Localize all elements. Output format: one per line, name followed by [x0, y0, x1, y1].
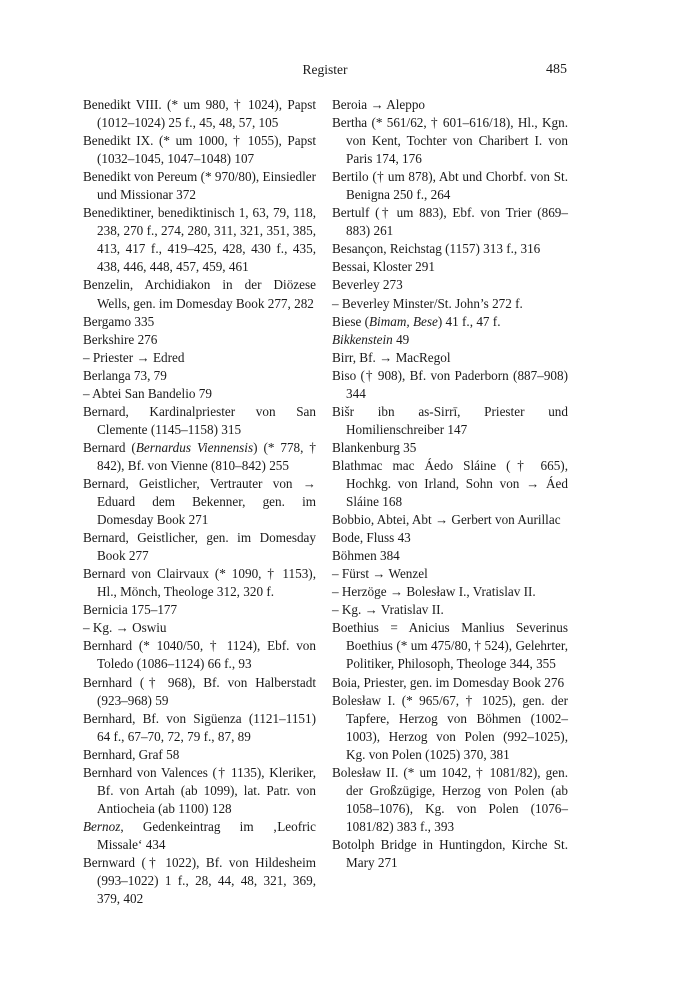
index-entry: Besançon, Reichstag (1157) 313 f., 316 [332, 240, 568, 258]
index-entry: Benzelin, Archidiakon in der Diözese Wel… [83, 276, 316, 312]
index-entry: Benedikt VIII. (* um 980, † 1024), Papst… [83, 96, 316, 132]
index-entry: Biese (Bimam, Bese) 41 f., 47 f. [332, 313, 568, 331]
index-entry: Beroia → Aleppo [332, 96, 568, 114]
index-column-left: Benedikt VIII. (* um 980, † 1024), Papst… [83, 96, 316, 908]
index-entry: Blathmac mac Áedo Sláine († 665), Hochkg… [332, 457, 568, 511]
index-entry: Blankenburg 35 [332, 439, 568, 457]
index-entry: Bernard (Bernardus Viennensis) (* 778, †… [83, 439, 316, 475]
running-header: Register 485 [83, 62, 567, 82]
index-entry: Botolph Bridge in Huntingdon, Kirche St.… [332, 836, 568, 872]
index-entry: Berkshire 276 [83, 331, 316, 349]
index-entry: Bessai, Kloster 291 [332, 258, 568, 276]
page-number: 485 [546, 62, 567, 78]
index-entry: Bernhard (* 1040/50, † 1124), Ebf. von T… [83, 637, 316, 673]
index-entry: – Fürst → Wenzel [332, 565, 568, 583]
index-entry: Bernicia 175–177 [83, 601, 316, 619]
index-entry: Bolesław II. (* um 1042, † 1081/82), gen… [332, 764, 568, 836]
index-entry: Bernhard, Graf 58 [83, 746, 316, 764]
index-entry: Bernhard, Bf. von Sigüenza (1121–1151) 6… [83, 710, 316, 746]
index-entry: – Abtei San Bandelio 79 [83, 385, 316, 403]
index-entry: Bergamo 335 [83, 313, 316, 331]
index-entry: Birr, Bf. → MacRegol [332, 349, 568, 367]
index-entry: Bertilo († um 878), Abt und Chorbf. von … [332, 168, 568, 204]
italic-term: Bernoz [83, 819, 120, 834]
index-entry: – Kg. → Vratislav II. [332, 601, 568, 619]
index-entry: – Kg. → Oswiu [83, 619, 316, 637]
index-entry: Bernard, Geistlicher, gen. im Domesday B… [83, 529, 316, 565]
index-entry: Bernard, Kardinalpriester von San Clemen… [83, 403, 316, 439]
index-entry: – Beverley Minster/St. John’s 272 f. [332, 295, 568, 313]
index-entry: Boia, Priester, gen. im Domesday Book 27… [332, 674, 568, 692]
index-entry: Bernoz, Gedenkeintrag im ‚Leofric Missal… [83, 818, 316, 854]
index-column-right: Beroia → AleppoBertha (* 561/62, † 601–6… [332, 96, 568, 872]
italic-term: Bernardus Viennensis [136, 440, 253, 455]
index-entry: Bolesław I. (* 965/67, † 1025), gen. der… [332, 692, 568, 764]
index-entry: Bertha (* 561/62, † 601–616/18), Hl., Kg… [332, 114, 568, 168]
index-entry: Beverley 273 [332, 276, 568, 294]
index-entry: Boethius = Anicius Manlius Severinus Boe… [332, 619, 568, 673]
header-title: Register [83, 62, 567, 78]
index-entry: Bernard, Geistlicher, Vertrauter von → E… [83, 475, 316, 529]
index-entry: Bobbio, Abtei, Abt → Gerbert von Aurilla… [332, 511, 568, 529]
index-entry: Bernhard von Valences († 1135), Kleriker… [83, 764, 316, 818]
index-entry: Bernward († 1022), Bf. von Hildesheim (9… [83, 854, 316, 908]
index-entry: – Herzöge → Bolesław I., Vratislav II. [332, 583, 568, 601]
italic-term: Bikkenstein [332, 332, 393, 347]
italic-term: Bimam, Bese [369, 314, 438, 329]
index-entry: Bertulf († um 883), Ebf. von Trier (869–… [332, 204, 568, 240]
index-entry: – Priester → Edred [83, 349, 316, 367]
index-entry: Bernhard († 968), Bf. von Halberstadt (9… [83, 674, 316, 710]
index-entry: Benediktiner, benediktinisch 1, 63, 79, … [83, 204, 316, 276]
index-entry: Berlanga 73, 79 [83, 367, 316, 385]
index-entry: Böhmen 384 [332, 547, 568, 565]
index-entry: Biso († 908), Bf. von Paderborn (887–908… [332, 367, 568, 403]
index-entry: Bikkenstein 49 [332, 331, 568, 349]
index-entry: Benedikt von Pereum (* 970/80), Einsiedl… [83, 168, 316, 204]
index-entry: Bišr ibn as-Sirrī, Priester und Homilien… [332, 403, 568, 439]
index-entry: Bode, Fluss 43 [332, 529, 568, 547]
index-entry: Benedikt IX. (* um 1000, † 1055), Papst … [83, 132, 316, 168]
index-entry: Bernard von Clairvaux (* 1090, † 1153), … [83, 565, 316, 601]
